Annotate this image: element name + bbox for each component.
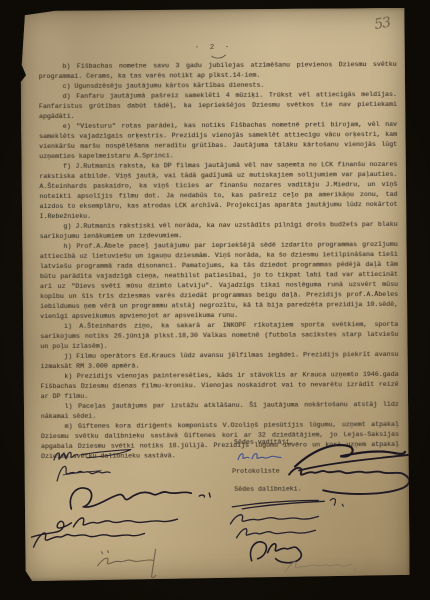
page-number: - 2 -: [20, 43, 406, 53]
paragraph-k: k) Prezidijs vienojas painteresēties, kā…: [40, 370, 398, 402]
handwritten-page-index: 53: [373, 15, 391, 34]
signature-chairman-abele-blue: [235, 450, 285, 464]
typewritten-body: b) Fišbachas nometne savu 3 gadu jubilej…: [39, 60, 399, 462]
paragraph-h: h) Prof.A.Ābele paceļ jautājumu par iepr…: [40, 240, 398, 322]
document-page: 53 - 2 - b) Fišbachas nometne savu 3 gad…: [20, 8, 409, 581]
pen-mark-under-page-number: [209, 53, 229, 61]
label-session-chairmen: Sēdes vadītāji,: [234, 439, 293, 446]
paragraph-d: d) Fanfaru jautājumā pašreiz sameklēti 4…: [39, 90, 397, 122]
signature-member-6: [94, 545, 174, 583]
label-secretary: Protokoliste: [232, 468, 280, 475]
signature-member-faded: [282, 553, 360, 579]
paragraph-l: l) Paceļas jautājums par izstāžu atklāša…: [41, 400, 399, 422]
paragraph-g: g) J.Rutmanis rakstiski vēl norāda, ka n…: [40, 220, 398, 242]
paragraph-b: b) Fišbachas nometne savu 3 gadu jubilej…: [39, 60, 397, 82]
paragraph-j: j) Filmu operātors Ed.Kraucs lūdz avansu…: [40, 350, 398, 372]
paragraph-i: i) A.Šteinhards ziņo, ka sakarā ar INKOP…: [40, 320, 398, 352]
paragraph-e: e) "Viesturu" rotas parādei, kas notiks …: [39, 120, 397, 162]
paragraph-f: f) J.Rutmanis raksta, ka DP filmas jautā…: [39, 160, 397, 222]
